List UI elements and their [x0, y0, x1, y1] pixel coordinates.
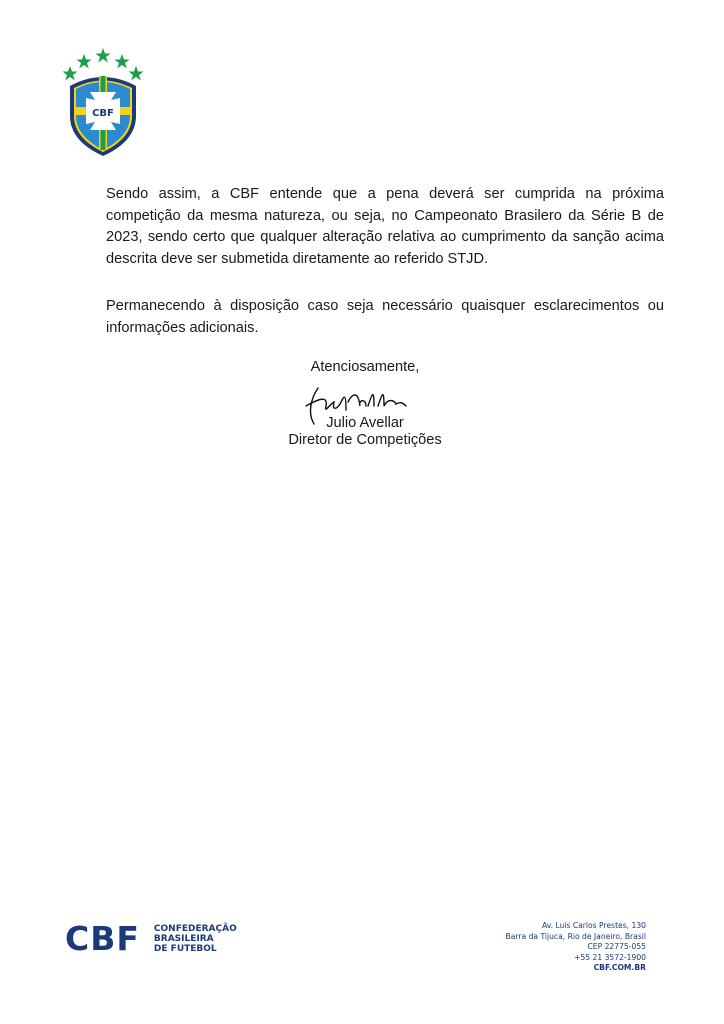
signer-role: Diretor de Competições	[270, 431, 460, 449]
org-name-line: BRASILEIRA	[154, 934, 237, 944]
address-phone: +55 21 3572-1900	[506, 953, 646, 964]
cbf-wordmark: CBF	[65, 922, 140, 955]
org-name: CONFEDERAÇÃO BRASILEIRA DE FUTEBOL	[154, 924, 237, 954]
website-link[interactable]: CBF.COM.BR	[506, 963, 646, 974]
org-name-line: DE FUTEBOL	[154, 944, 237, 954]
footer-address: Av. Luis Carlos Prestes, 130 Barra da Ti…	[506, 921, 646, 974]
paragraph-penalty: Sendo assim, a CBF entende que a pena de…	[106, 184, 664, 270]
svg-text:CBF: CBF	[92, 108, 114, 119]
signer-name: Julio Avellar	[270, 414, 460, 432]
org-name-line: CONFEDERAÇÃO	[154, 924, 237, 934]
cbf-crest-icon: CBF	[62, 46, 144, 158]
address-cep: CEP 22775-055	[506, 942, 646, 953]
paragraph-availability: Permanecendo à disposição caso seja nece…	[106, 296, 664, 339]
footer-logo: CBF CONFEDERAÇÃO BRASILEIRA DE FUTEBOL	[65, 922, 237, 955]
address-street: Av. Luis Carlos Prestes, 130	[506, 921, 646, 932]
closing-salutation: Atenciosamente,	[270, 358, 460, 376]
address-city: Barra da Tijuca, Rio de Janeiro, Brasil	[506, 932, 646, 943]
